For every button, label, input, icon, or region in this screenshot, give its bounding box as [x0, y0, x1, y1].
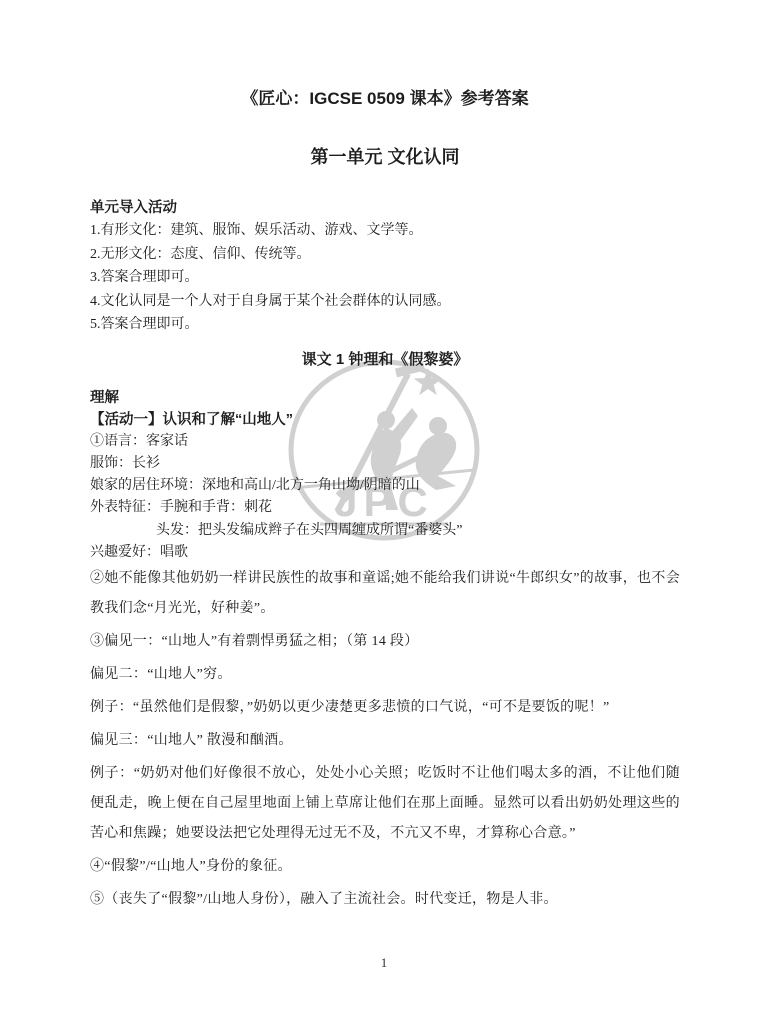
answer-paragraph: ②她不能像其他奶奶一样讲民族性的故事和童谣;她不能给我们讲说“牛郎织女”的故事，… [90, 564, 680, 624]
answer-line: 服饰：长衫 [90, 453, 680, 475]
answer-paragraph: 例子：“虽然他们是假黎，”奶奶以更少凄楚更多悲愤的口气说，“可不是要饭的呢！” [90, 693, 680, 723]
intro-list-item: 2.无形文化：态度、信仰、传统等。 [90, 243, 680, 267]
document-page: 《匠心：IGCSE 0509 课本》参考答案 第一单元 文化认同 单元导入活动 … [0, 0, 768, 1024]
comprehension-heading: 理解 [90, 387, 680, 409]
lesson-heading: 课文 1 钟理和《假黎婆》 [90, 349, 680, 371]
intro-list-item: 5.答案合理即可。 [90, 313, 680, 337]
answer-paragraph: 偏见三：“山地人” 散漫和酗酒。 [90, 726, 680, 756]
answer-paragraph: ③偏见一：“山地人”有着剽悍勇猛之相；（第 14 段） [90, 627, 680, 657]
answer-paragraph: 偏见二：“山地人”穷。 [90, 660, 680, 690]
answer-line: 外表特征：手腕和手背：刺花 [90, 497, 680, 519]
answer-paragraph: 例子：“奶奶对他们好像很不放心，处处小心关照；吃饭时不让他们喝太多的酒，不让他们… [90, 759, 680, 849]
answer-line: 兴趣爱好：唱歌 [90, 542, 680, 564]
intro-section-heading: 单元导入活动 [90, 197, 680, 219]
intro-list-item: 4.文化认同是一个人对于自身属于某个社会群体的认同感。 [90, 290, 680, 314]
answer-paragraph: ④“假黎”/“山地人”身份的象征。 [90, 852, 680, 882]
document-title: 《匠心：IGCSE 0509 课本》参考答案 [90, 88, 680, 110]
intro-list-item: 3.答案合理即可。 [90, 266, 680, 290]
unit-heading: 第一单元 文化认同 [90, 146, 680, 169]
answer-paragraph: ⑤（丧失了“假黎”/山地人身份），融入了主流社会。时代变迁，物是人非。 [90, 885, 680, 915]
answer-line-indented: 头发：把头发编成辫子在头四周缠成所谓“番婆头” [90, 520, 680, 542]
answer-line: ①语言：客家话 [90, 431, 680, 453]
intro-list-item: 1.有形文化：建筑、服饰、娱乐活动、游戏、文学等。 [90, 219, 680, 243]
activity-heading: 【活动一】认识和了解“山地人” [90, 409, 680, 431]
answer-line: 娘家的居住环境：深地和高山/北方一角山坳/阴暗的山 [90, 475, 680, 497]
